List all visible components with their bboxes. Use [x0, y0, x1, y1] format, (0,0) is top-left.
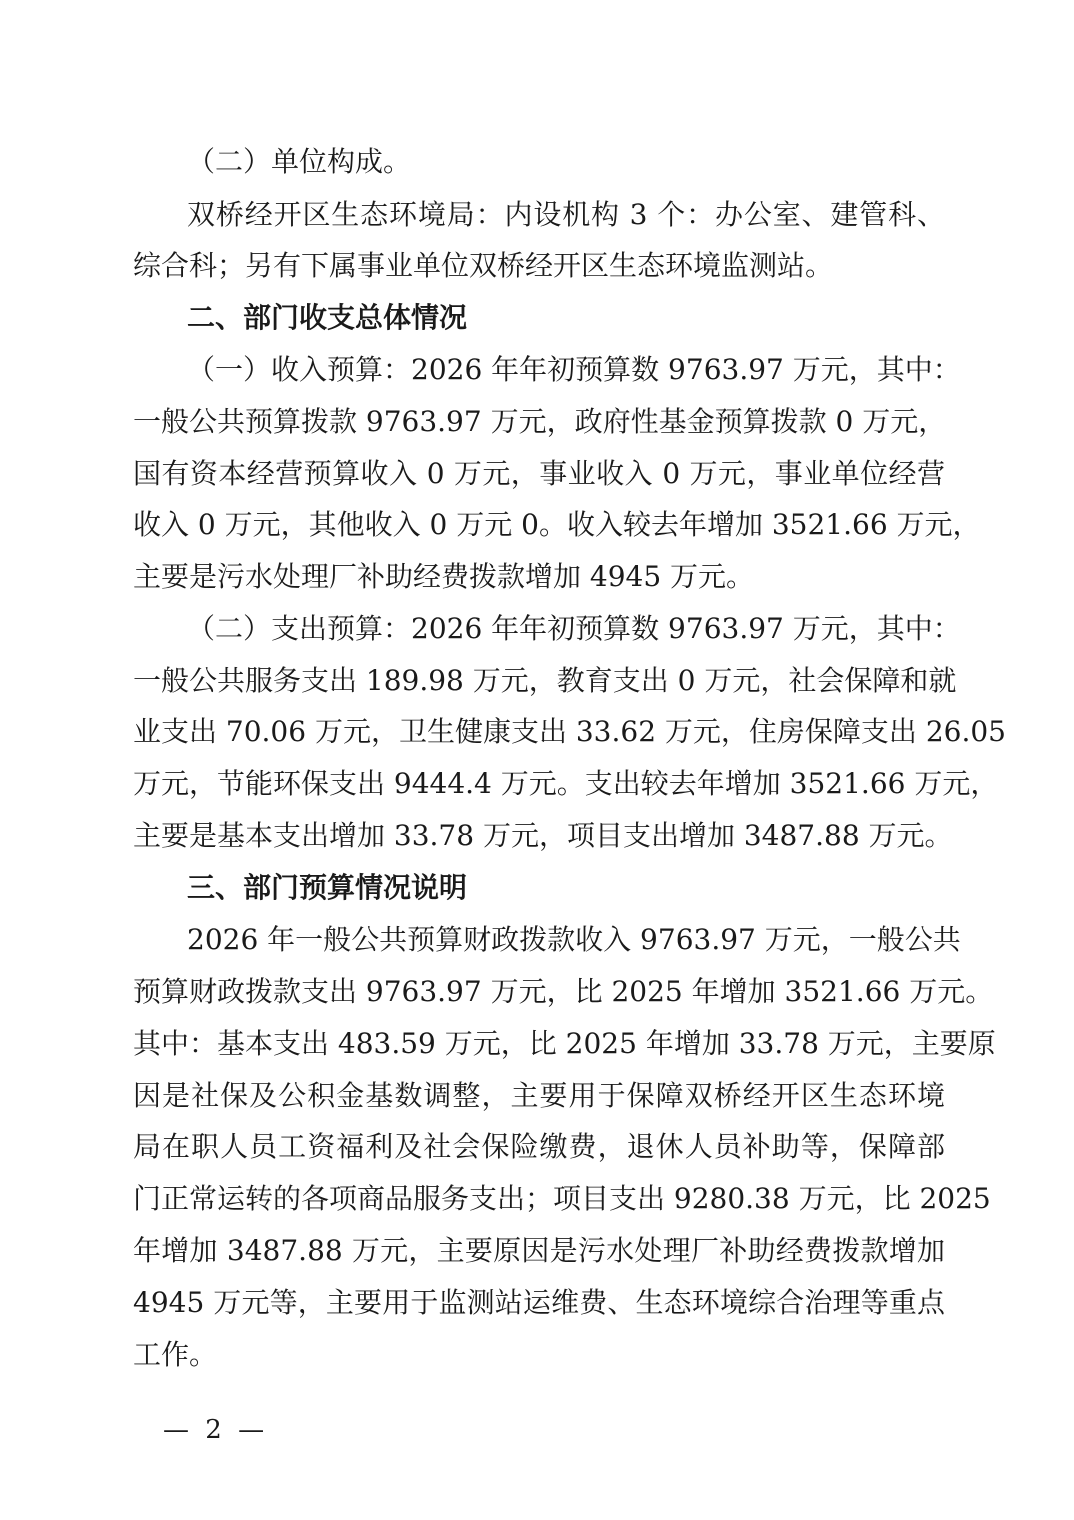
paragraph-line: 其中：基本支出 483.59 万元，比 2025 年增加 33.78 万元，主要…	[133, 1018, 945, 1070]
section-heading-revenue-expenditure: 二、部门收支总体情况	[187, 292, 945, 344]
document-page: （二）单位构成。 双桥经开区生态环境局：内设机构 3 个：办公室、建管科、 综合…	[0, 0, 1074, 1520]
paragraph-line: 一般公共服务支出 189.98 万元，教育支出 0 万元，社会保障和就	[133, 655, 945, 707]
paragraph-line: 年增加 3487.88 万元，主要原因是污水处理厂补助经费拨款增加	[133, 1225, 945, 1277]
paragraph-line: 局在职人员工资福利及社会保险缴费，退休人员补助等，保障部	[133, 1121, 945, 1173]
paragraph-line: 门正常运转的各项商品服务支出；项目支出 9280.38 万元，比 2025	[133, 1173, 945, 1225]
paragraph-line: 万元，节能环保支出 9444.4 万元。支出较去年增加 3521.66 万元，	[133, 758, 945, 810]
paragraph-line: 国有资本经营预算收入 0 万元，事业收入 0 万元，事业单位经营	[133, 448, 945, 500]
subheading-unit-composition: （二）单位构成。	[187, 136, 945, 188]
paragraph-line: 预算财政拨款支出 9763.97 万元，比 2025 年增加 3521.66 万…	[133, 966, 945, 1018]
paragraph-line: （二）支出预算：2026 年年初预算数 9763.97 万元，其中：	[187, 603, 945, 655]
paragraph-line: 主要是基本支出增加 33.78 万元，项目支出增加 3487.88 万元。	[133, 810, 945, 862]
paragraph-line: 工作。	[133, 1329, 945, 1381]
section-heading-budget-explanation: 三、部门预算情况说明	[187, 862, 945, 914]
paragraph-line: 收入 0 万元，其他收入 0 万元 0。收入较去年增加 3521.66 万元，	[133, 499, 945, 551]
paragraph-line: 双桥经开区生态环境局：内设机构 3 个：办公室、建管科、	[187, 189, 945, 241]
paragraph-line: （一）收入预算：2026 年年初预算数 9763.97 万元，其中：	[187, 344, 945, 396]
paragraph-line: 因是社保及公积金基数调整，主要用于保障双桥经开区生态环境	[133, 1070, 945, 1122]
paragraph-line: 综合科；另有下属事业单位双桥经开区生态环境监测站。	[133, 240, 945, 292]
paragraph-line: 业支出 70.06 万元，卫生健康支出 33.62 万元，住房保障支出 26.0…	[133, 706, 945, 758]
paragraph-line: 2026 年一般公共预算财政拨款收入 9763.97 万元，一般公共	[187, 914, 945, 966]
paragraph-line: 一般公共预算拨款 9763.97 万元，政府性基金预算拨款 0 万元，	[133, 396, 945, 448]
paragraph-line: 主要是污水处理厂补助经费拨款增加 4945 万元。	[133, 551, 945, 603]
page-number: — 2 —	[163, 1405, 268, 1455]
paragraph-line: 4945 万元等，主要用于监测站运维费、生态环境综合治理等重点	[133, 1277, 945, 1329]
